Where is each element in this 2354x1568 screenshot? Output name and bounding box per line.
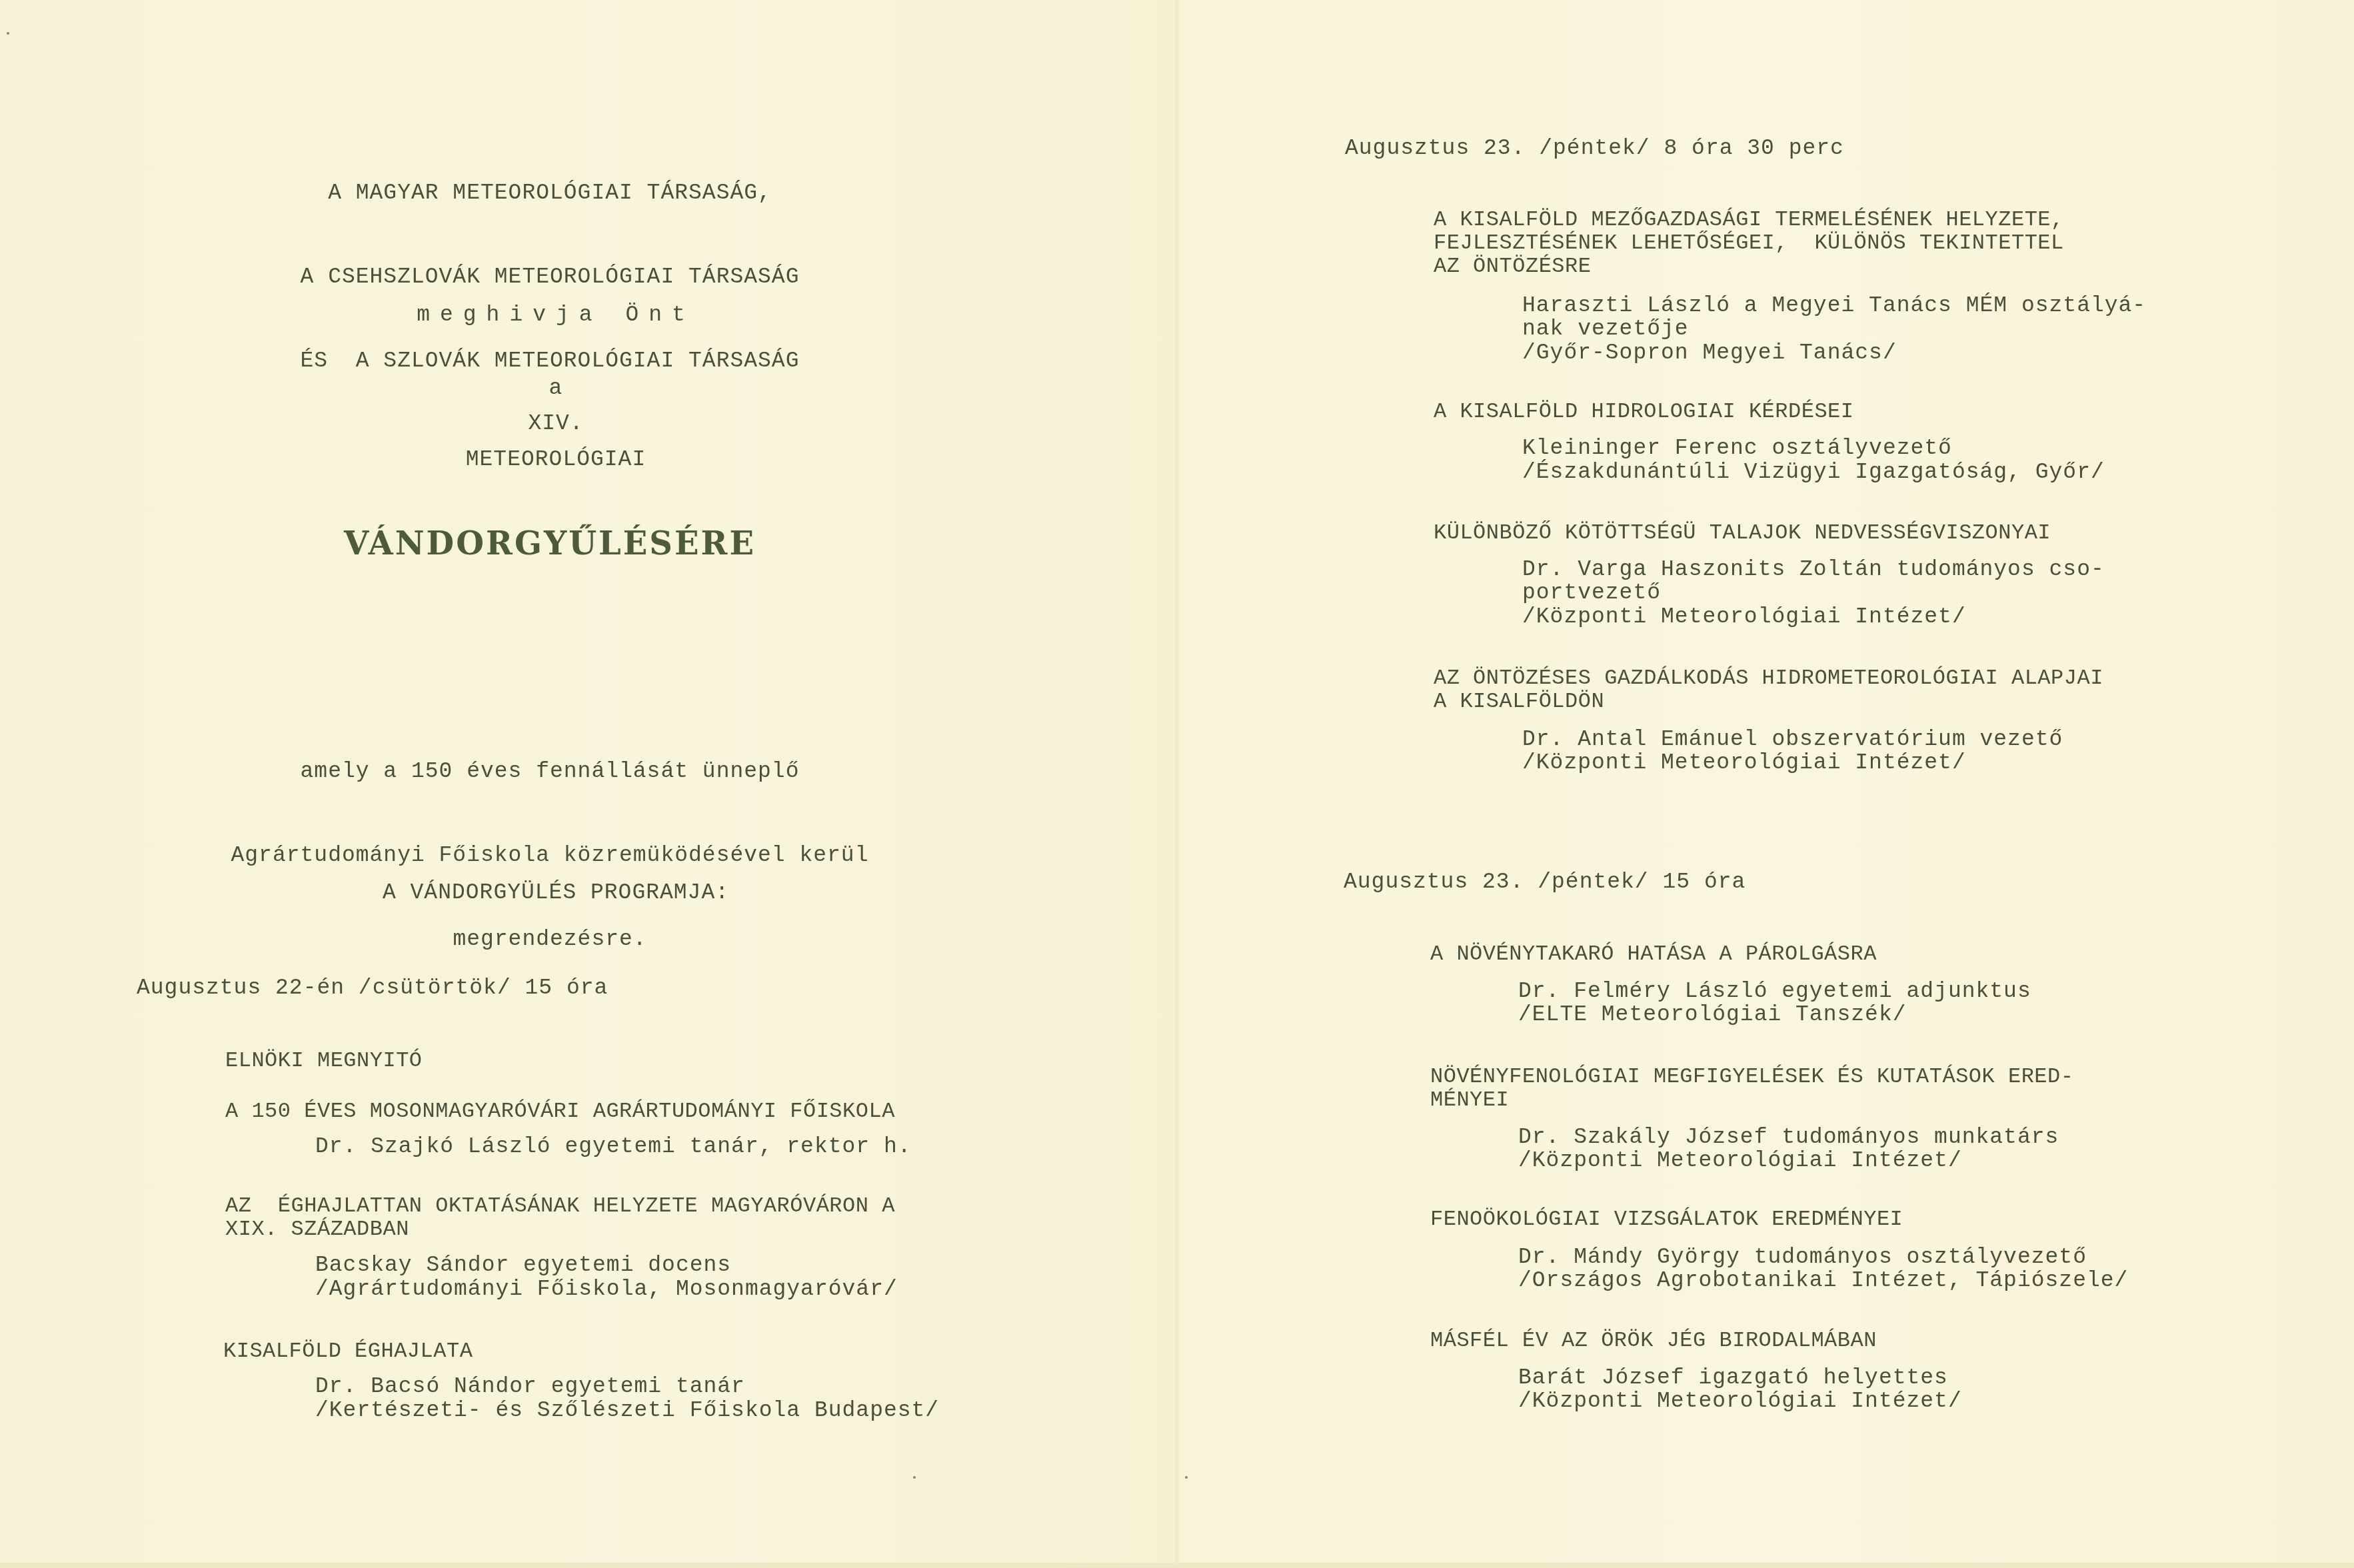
talk-speaker: Haraszti László a Megyei Tanács MÉM oszt… bbox=[1522, 294, 2146, 318]
talk-title: KISALFÖLD ÉGHAJLATA bbox=[223, 1339, 473, 1363]
talk-title: AZ ÖNTÖZÉSRE bbox=[1434, 255, 1591, 279]
talk-title: A KISALFÖLDÖN bbox=[1434, 690, 1604, 714]
talk-title: MÁSFÉL ÉV AZ ÖRÖK JÉG BIRODALMÁBAN bbox=[1430, 1329, 1877, 1353]
talk-speaker: portvezető bbox=[1522, 581, 1661, 605]
page-fold bbox=[1174, 0, 1180, 1568]
talk-speaker: Dr. Szakály József tudományos munkatárs bbox=[1518, 1126, 2059, 1150]
talk-affiliation: /Központi Meteorológiai Intézet/ bbox=[1522, 751, 1966, 775]
talk-affiliation: /Győr-Sopron Megyei Tanács/ bbox=[1522, 341, 1897, 365]
talk-speaker: Dr. Varga Haszonits Zoltán tudományos cs… bbox=[1522, 558, 2105, 582]
talk-speaker: Dr. Mándy György tudományos osztályvezet… bbox=[1518, 1245, 2087, 1269]
invitation-text: meghivja Önt bbox=[0, 303, 1112, 327]
talk-affiliation: /ELTE Meteorológiai Tanszék/ bbox=[1518, 1003, 1907, 1027]
right-page: Augusztus 23. /péntek/ 8 óra 30 perc A K… bbox=[1177, 0, 2354, 1568]
talk-speaker: Dr. Antal Emánuel obszervatórium vezető bbox=[1522, 728, 2063, 752]
paper-speck bbox=[1185, 1476, 1188, 1479]
talk-title: A NÖVÉNYTAKARÓ HATÁSA A PÁROLGÁSRA bbox=[1430, 942, 1877, 966]
talk-affiliation: /Központi Meteorológiai Intézet/ bbox=[1518, 1389, 1962, 1413]
talk-title: A KISALFÖLD MEZŐGAZDASÁGI TERMELÉSÉNEK H… bbox=[1434, 208, 2064, 232]
page-title: VÁNDORGYŰLÉSÉRE bbox=[0, 525, 1100, 562]
talk-speaker: Dr. Felméry László egyetemi adjunktus bbox=[1518, 980, 2031, 1004]
organizer-line: A CSEHSZLOVÁK METEOROLÓGIAI TÁRSASÁG bbox=[0, 265, 1100, 301]
paper-bottom-edge bbox=[0, 1563, 2354, 1568]
talk-affiliation: /Országos Agrobotanikai Intézet, Tápiósz… bbox=[1518, 1269, 2128, 1293]
meteorological-label: METEOROLÓGIAI bbox=[0, 448, 1112, 472]
talk-affiliation: /Központi Meteorológiai Intézet/ bbox=[1522, 605, 1966, 629]
talk-title: FEJLESZTÉSÉNEK LEHETŐSÉGEI, KÜLÖNÖS TEKI… bbox=[1434, 231, 2064, 255]
talk-title: NÖVÉNYFENOLÓGIAI MEGFIGYELÉSEK ÉS KUTATÁ… bbox=[1430, 1065, 2073, 1089]
organizer-line: A MAGYAR METEOROLÓGIAI TÁRSASÁG, bbox=[0, 181, 1100, 217]
talk-title: KÜLÖNBÖZŐ KÖTÖTTSÉGÜ TALAJOK NEDVESSÉGVI… bbox=[1434, 521, 2051, 545]
intro-line: Agrártudományi Főiskola közremüködésével… bbox=[0, 844, 1100, 880]
left-page: A MAGYAR METEOROLÓGIAI TÁRSASÁG, A CSEHS… bbox=[0, 0, 1177, 1568]
session-header: Augusztus 23. /péntek/ 15 óra bbox=[1344, 870, 1746, 894]
paper-speck bbox=[913, 1476, 916, 1479]
talk-affiliation: /Központi Meteorológiai Intézet/ bbox=[1518, 1149, 1962, 1173]
talk-speaker: Bacskay Sándor egyetemi docens bbox=[315, 1253, 731, 1277]
talk-speaker: nak vezetője bbox=[1522, 317, 1689, 341]
talk-speaker: Barát József igazgató helyettes bbox=[1518, 1366, 1948, 1390]
session-header: Augusztus 23. /péntek/ 8 óra 30 perc bbox=[1345, 137, 1844, 161]
talk-title: A KISALFÖLD HIDROLOGIAI KÉRDÉSEI bbox=[1434, 400, 1854, 424]
talk-title: XIX. SZÁZADBAN bbox=[225, 1217, 409, 1241]
talk-title: ELNÖKI MEGNYITÓ bbox=[225, 1049, 423, 1073]
paper-speck bbox=[7, 32, 9, 35]
article-text: a bbox=[0, 377, 1112, 400]
talk-title: FENOÖKOLÓGIAI VIZSGÁLATOK EREDMÉNYEI bbox=[1430, 1207, 1903, 1231]
session-header: Augusztus 22-én /csütörtök/ 15 óra bbox=[137, 976, 608, 1000]
talk-title: A 150 ÉVES MOSONMAGYARÓVÁRI AGRÁRTUDOMÁN… bbox=[225, 1100, 895, 1124]
program-heading: A VÁNDORGYÜLÉS PROGRAMJA: bbox=[0, 881, 1112, 905]
edition-number: XIV. bbox=[0, 412, 1112, 436]
talk-affiliation: /Kertészeti- és Szőlészeti Főiskola Buda… bbox=[315, 1399, 939, 1423]
intro-line: amely a 150 éves fennállását ünneplő bbox=[0, 760, 1100, 796]
talk-speaker: Dr. Bacsó Nándor egyetemi tanár bbox=[315, 1375, 745, 1399]
talk-speaker: Dr. Szajkó László egyetemi tanár, rektor… bbox=[315, 1135, 912, 1159]
document-spread: A MAGYAR METEOROLÓGIAI TÁRSASÁG, A CSEHS… bbox=[0, 0, 2354, 1568]
talk-title: AZ ÉGHAJLATTAN OKTATÁSÁNAK HELYZETE MAGY… bbox=[225, 1194, 895, 1218]
talk-affiliation: /Agrártudományi Főiskola, Mosonmagyaróvá… bbox=[315, 1277, 898, 1301]
talk-speaker: Kleininger Ferenc osztályvezető bbox=[1522, 436, 1952, 460]
intro-line: megrendezésre. bbox=[0, 928, 1100, 964]
talk-title: AZ ÖNTÖZÉSES GAZDÁLKODÁS HIDROMETEOROLÓG… bbox=[1434, 666, 2103, 690]
intro-paragraph: amely a 150 éves fennállását ünneplő Agr… bbox=[0, 712, 1100, 1012]
talk-affiliation: /Északdunántúli Vizügyi Igazgatóság, Győ… bbox=[1522, 460, 2105, 484]
talk-title: MÉNYEI bbox=[1430, 1088, 1509, 1112]
